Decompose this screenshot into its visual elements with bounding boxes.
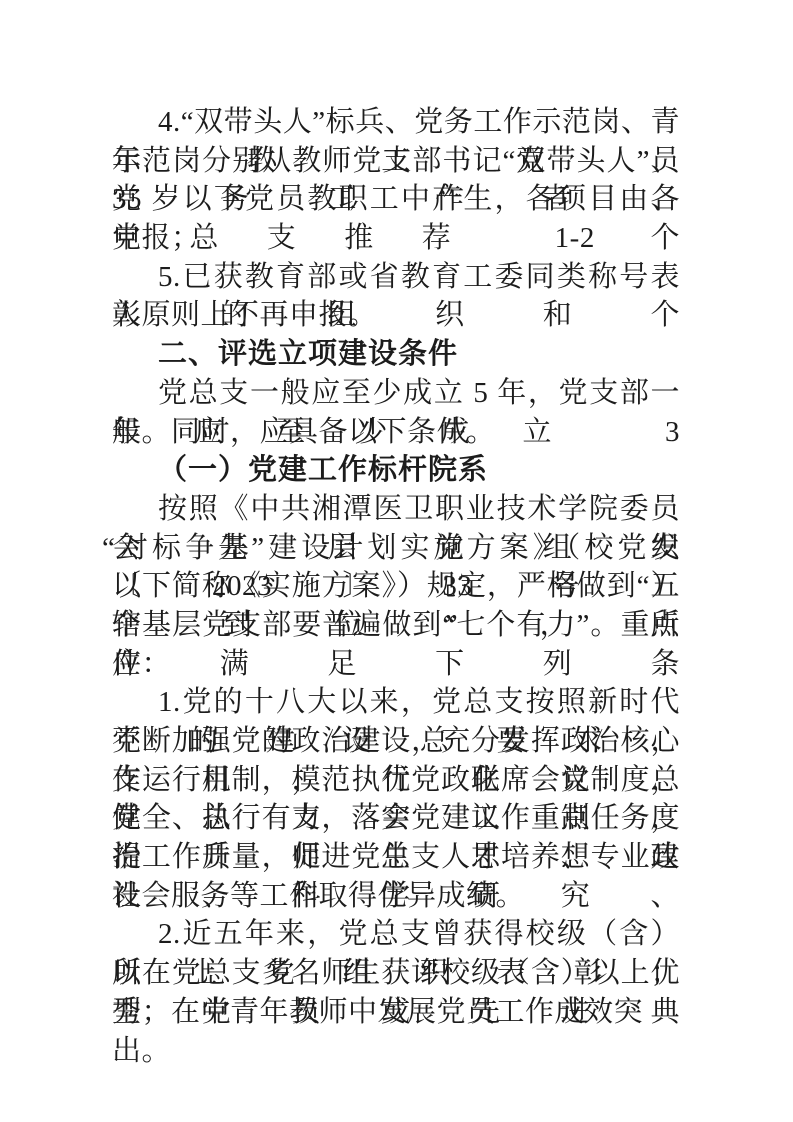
text-line: 4.“双带头人”标兵、党务工作示范岗、青年教工党员 [112,103,680,142]
text-line: 不断加强党的政治建设，充分发挥政治核心作用，优化党总 [112,722,680,761]
text-line: 5.已获教育部或省教育工委同类称号表彰的组织和个 [112,258,680,297]
paragraph-section-intro: 党总支一般应至少成立 5 年，党支部一般应至少成立 3 年。同时，应具备以下条件… [112,374,680,451]
text-line: 2.近五年来，党总支曾获得校级（含）以上党组织表彰； [112,915,680,954]
text-line: 型；在中青年教师中发展党员工作成效突出。 [112,993,680,1032]
subsection-heading-text: （一）党建工作标杆院系 [112,451,680,490]
text-line: 党总支一般应至少成立 5 年，党支部一般应至少成立 3 [112,374,680,413]
text-line: 支运行机制，模范执行党政联席会议制度，党总支会议制度 [112,761,680,800]
document-page: 4.“双带头人”标兵、党务工作示范岗、青年教工党员 示范岗分别从教师党支部书记“… [0,0,793,1122]
paragraph-criterion-1: 1.党的十八大以来，党总支按照新时代党的建设总要求， 不断加强党的政治建设，充分… [112,683,680,915]
paragraph-criterion-2: 2.近五年来，党总支曾获得校级（含）以上党组织表彰； 所在党总支多名师生获评校级… [112,915,680,1031]
text-line: 治工作质量，促进党总支人才培养、专业建设、科学研究、 [112,838,680,877]
text-line: 以下简称《实施方案》）规定，严格做到“五个到位”，所 [112,567,680,606]
text-line: 示范岗分别从教师党支部书记“双带头人”、党务工作者、 [112,142,680,181]
paragraph-list-item-5: 5.已获教育部或省教育工委同类称号表彰的组织和个 人原则上不再申报。 [112,258,680,335]
section-heading-text: 二、评选立项建设条件 [112,335,680,374]
text-line: 健全、执行有力，落实党建工作重点任务，提升师生思想政 [112,799,680,838]
section-heading: 二、评选立项建设条件 [112,335,680,374]
text-line: 1.党的十八大以来，党总支按照新时代党的建设总要求， [112,683,680,722]
subsection-heading: （一）党建工作标杆院系 [112,451,680,490]
paragraph-basis: 按照《中共湘潭医卫职业技术学院委员会基层党组织 “对标争先”建设计划实施方案》（… [112,490,680,683]
text-line: “对标争先”建设计划实施方案》（校党发〔2023〕33 号） [112,529,680,568]
text-line: 辖基层党支部要普遍做到“七个有力”。重点应满足下列条 [112,606,680,645]
text-line: 按照《中共湘潭医卫职业技术学院委员会基层党组织 [112,490,680,529]
paragraph-list-item-4: 4.“双带头人”标兵、党务工作示范岗、青年教工党员 示范岗分别从教师党支部书记“… [112,103,680,258]
document-body: 4.“双带头人”标兵、党务工作示范岗、青年教工党员 示范岗分别从教师党支部书记“… [112,103,680,1032]
text-line: 35 岁以下党员教职工中产生，各项目由各党总支推荐 1-2 个 [112,180,680,219]
text-line: 所在党总支多名师生获评校级（含）以上优秀党员或先进典 [112,954,680,993]
